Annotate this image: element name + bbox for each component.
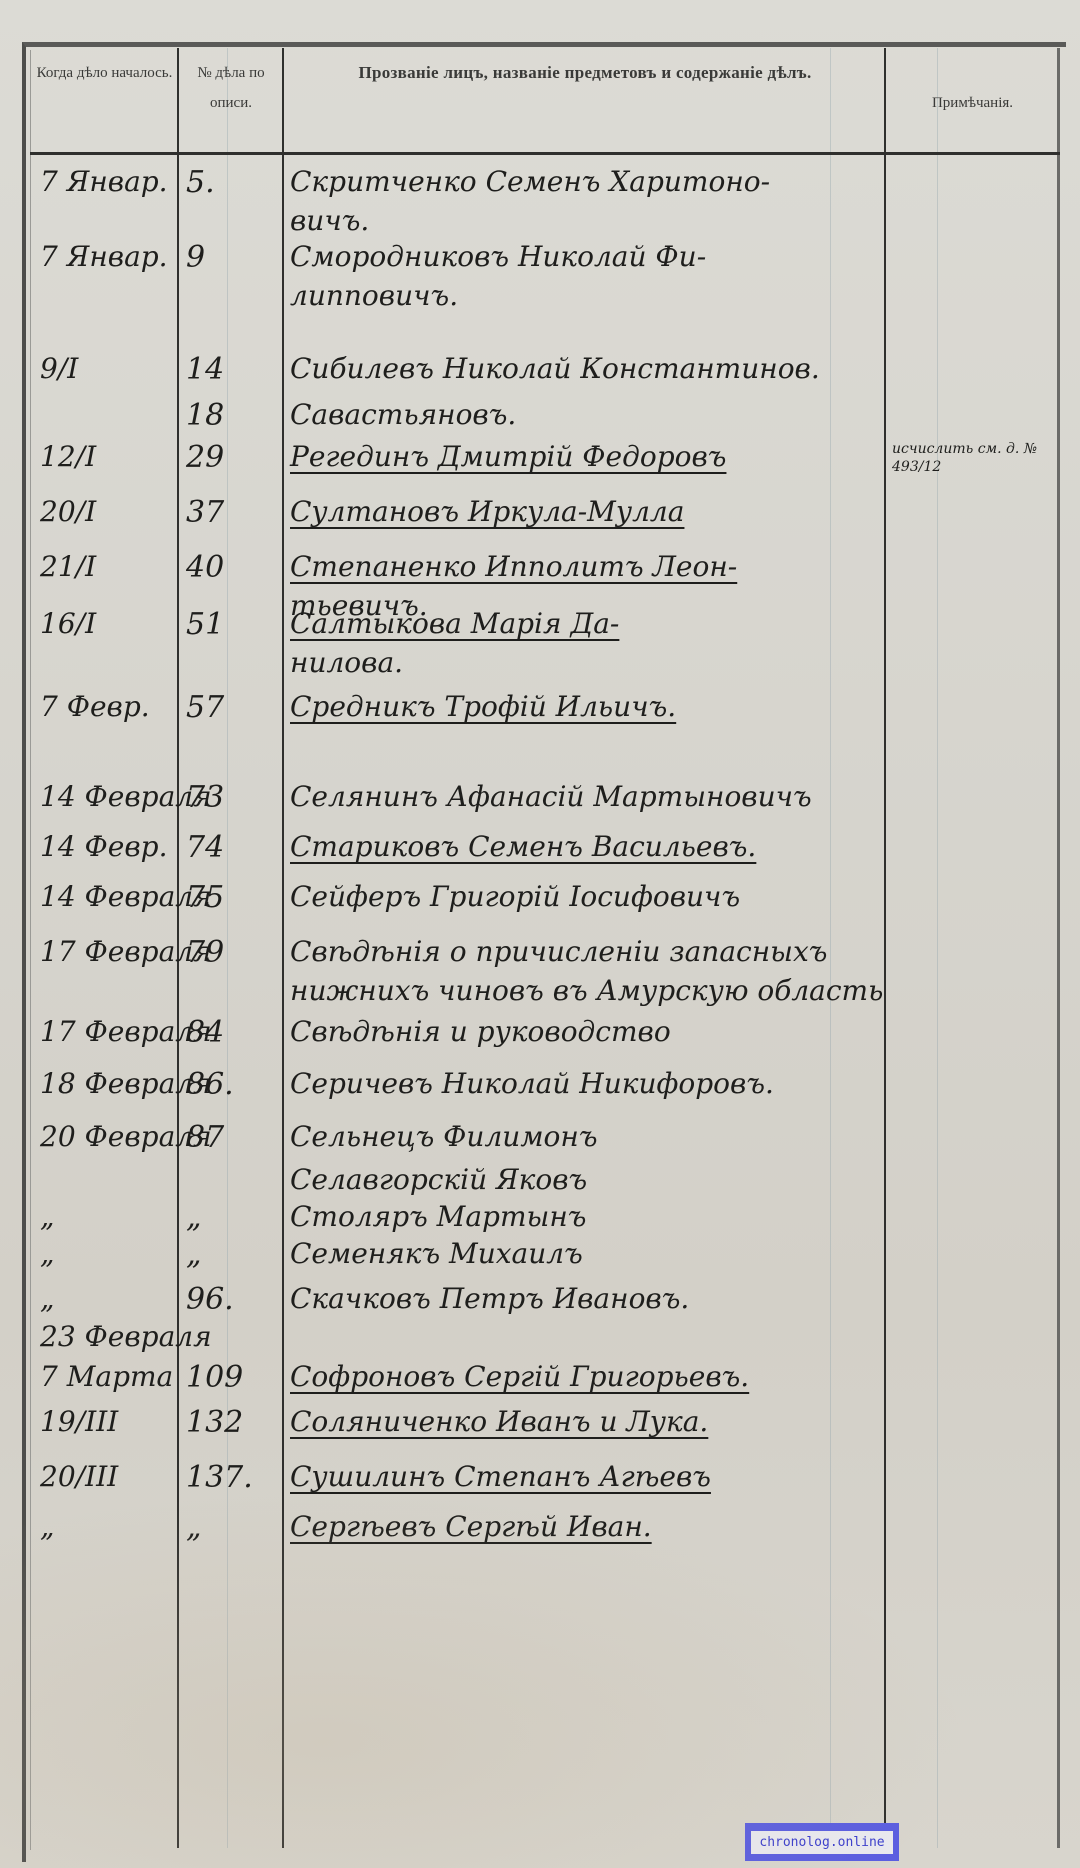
row-case-number: 5. (186, 165, 278, 200)
row-content: Сибилевъ Николай Константинов. (290, 352, 820, 385)
row-name-continued: нижнихъ чиновъ въ Амурскую область (290, 974, 883, 1007)
row-case-number: 51 (186, 607, 278, 642)
row-case-number: 109 (186, 1360, 278, 1395)
row-date: 20/III (40, 1460, 175, 1493)
row-note: исчислить см. д. № 493/12 (892, 440, 1052, 476)
row-content: Регединъ Дмитрій Федоровъ (290, 440, 726, 473)
row-date: 17 Февраля (40, 935, 175, 968)
row-date: 12/I (40, 440, 175, 473)
row-name: Регединъ Дмитрій Федоровъ (290, 440, 726, 473)
row-name: Смородниковъ Николай Фи- (290, 240, 706, 273)
row-case-number: 96. (186, 1282, 278, 1317)
row-date: 14 Февраля (40, 880, 175, 913)
row-content: Салтыкова Марія Да-нилова. (290, 607, 619, 679)
row-date: 7 Февр. (40, 690, 175, 723)
row-case-number: 9 (186, 240, 278, 275)
row-case-number: 57 (186, 690, 278, 725)
row-case-number: 40 (186, 550, 278, 585)
watermark-text: chronolog.online (751, 1831, 892, 1854)
row-date: 20 Февраля (40, 1120, 175, 1153)
row-date: 23 Февраля (40, 1320, 175, 1353)
row-case-number: „ (186, 1237, 278, 1272)
row-date: 16/I (40, 607, 175, 640)
column-divider (884, 48, 886, 1848)
row-name: Соляниченко Иванъ и Лука. (290, 1405, 708, 1438)
row-name: Сейферъ Григорій Іосифовичъ (290, 880, 740, 913)
row-case-number: 37 (186, 495, 278, 530)
row-case-number: 137. (186, 1460, 278, 1495)
row-date: 7 Январ. (40, 165, 175, 198)
row-date: 9/I (40, 352, 175, 385)
row-content: Софроновъ Сергій Григорьевъ. (290, 1360, 749, 1393)
row-name: Сергѣевъ Сергѣй Иван. (290, 1510, 652, 1543)
row-date: 7 Марта (40, 1360, 175, 1393)
row-name: Стариковъ Семенъ Васильевъ. (290, 830, 756, 863)
row-case-number: 132 (186, 1405, 278, 1440)
row-content: Свѣдѣнія о причисленіи запасныхънижнихъ … (290, 935, 883, 1007)
row-date: „ (40, 1200, 175, 1233)
row-date: „ (40, 1510, 175, 1543)
row-case-number: 73 (186, 780, 278, 815)
row-name: Султановъ Иркула-Мулла (290, 495, 684, 528)
row-date: 14 Февр. (40, 830, 175, 863)
column-divider (282, 48, 284, 1848)
row-date: 21/I (40, 550, 175, 583)
header-content: Прозваніе лицъ, названіе предметовъ и со… (286, 58, 884, 88)
row-case-number: „ (186, 1200, 278, 1235)
row-date: „ (40, 1282, 175, 1315)
row-content: Селавгорскій Яковъ (290, 1163, 587, 1196)
row-date: 18 Февраля (40, 1067, 175, 1100)
row-case-number: 74 (186, 830, 278, 865)
right-border (1057, 48, 1060, 1848)
row-name: Салтыкова Марія Да- (290, 607, 619, 640)
row-content: Серичевъ Николай Никифоровъ. (290, 1067, 774, 1100)
row-name: Селянинъ Афанасій Мартыновичъ (290, 780, 812, 813)
header-rule (30, 152, 1060, 155)
row-case-number: 75 (186, 880, 278, 915)
row-content: Султановъ Иркула-Мулла (290, 495, 684, 528)
row-name: Селавгорскій Яковъ (290, 1163, 587, 1196)
row-case-number: 87 (186, 1120, 278, 1155)
row-case-number: 79 (186, 935, 278, 970)
row-case-number: 84 (186, 1015, 278, 1050)
row-content: Сушилинъ Степанъ Агѣевъ (290, 1460, 711, 1493)
row-name: Скритченко Семенъ Харитоно- (290, 165, 770, 198)
header-date: Когда дѣло началось. (32, 58, 177, 88)
row-content: Средникъ Трофій Ильичъ. (290, 690, 676, 723)
faint-margin-line (937, 48, 938, 1848)
row-name: Степаненко Ипполитъ Леон- (290, 550, 737, 583)
row-name: Сибилевъ Николай Константинов. (290, 352, 820, 385)
row-content: Смородниковъ Николай Фи-липповичъ. (290, 240, 706, 312)
row-content: Сельнецъ Филимонъ (290, 1120, 598, 1153)
watermark: chronolog.online (745, 1823, 899, 1861)
row-content: Селянинъ Афанасій Мартыновичъ (290, 780, 812, 813)
row-name: Серичевъ Николай Никифоровъ. (290, 1067, 774, 1100)
row-content: Столяръ Мартынъ (290, 1200, 586, 1233)
row-case-number: 29 (186, 440, 278, 475)
row-case-number: 86. (186, 1067, 278, 1102)
row-date: „ (40, 1237, 175, 1270)
header-number: № дѣла по описи. (180, 58, 282, 118)
row-name: Свѣдѣнія и руководство (290, 1015, 671, 1048)
row-date: 20/I (40, 495, 175, 528)
row-content: Соляниченко Иванъ и Лука. (290, 1405, 708, 1438)
row-name: Семенякъ Михаилъ (290, 1237, 583, 1270)
row-name: Софроновъ Сергій Григорьевъ. (290, 1360, 749, 1393)
row-date: 14 Февраля (40, 780, 175, 813)
row-name-continued: нилова. (290, 646, 619, 679)
row-content: Сергѣевъ Сергѣй Иван. (290, 1510, 652, 1543)
row-name: Столяръ Мартынъ (290, 1200, 586, 1233)
row-name: Свѣдѣнія о причисленіи запасныхъ (290, 935, 827, 968)
register-page: Когда дѣло началось. № дѣла по описи. Пр… (0, 0, 1080, 1868)
row-content: Савастьяновъ. (290, 398, 516, 431)
row-case-number: 14 (186, 352, 278, 387)
row-name: Сельнецъ Филимонъ (290, 1120, 598, 1153)
row-date: 7 Январ. (40, 240, 175, 273)
row-name: Средникъ Трофій Ильичъ. (290, 690, 676, 723)
row-content: Семенякъ Михаилъ (290, 1237, 583, 1270)
row-name: Савастьяновъ. (290, 398, 516, 431)
row-date: 17 Февраля (40, 1015, 175, 1048)
row-name: Сушилинъ Степанъ Агѣевъ (290, 1460, 711, 1493)
row-content: Скачковъ Петръ Ивановъ. (290, 1282, 689, 1315)
row-content: Сейферъ Григорій Іосифовичъ (290, 880, 740, 913)
header-notes: Примѣчанія. (888, 88, 1057, 118)
row-content: Свѣдѣнія и руководство (290, 1015, 671, 1048)
row-content: Скритченко Семенъ Харитоно-вичъ. (290, 165, 770, 237)
row-case-number: „ (186, 1510, 278, 1545)
row-content: Стариковъ Семенъ Васильевъ. (290, 830, 756, 863)
row-name: Скачковъ Петръ Ивановъ. (290, 1282, 689, 1315)
row-name-continued: липповичъ. (290, 279, 706, 312)
row-case-number: 18 (186, 398, 278, 433)
row-name-continued: вичъ. (290, 204, 770, 237)
row-date: 19/III (40, 1405, 175, 1438)
